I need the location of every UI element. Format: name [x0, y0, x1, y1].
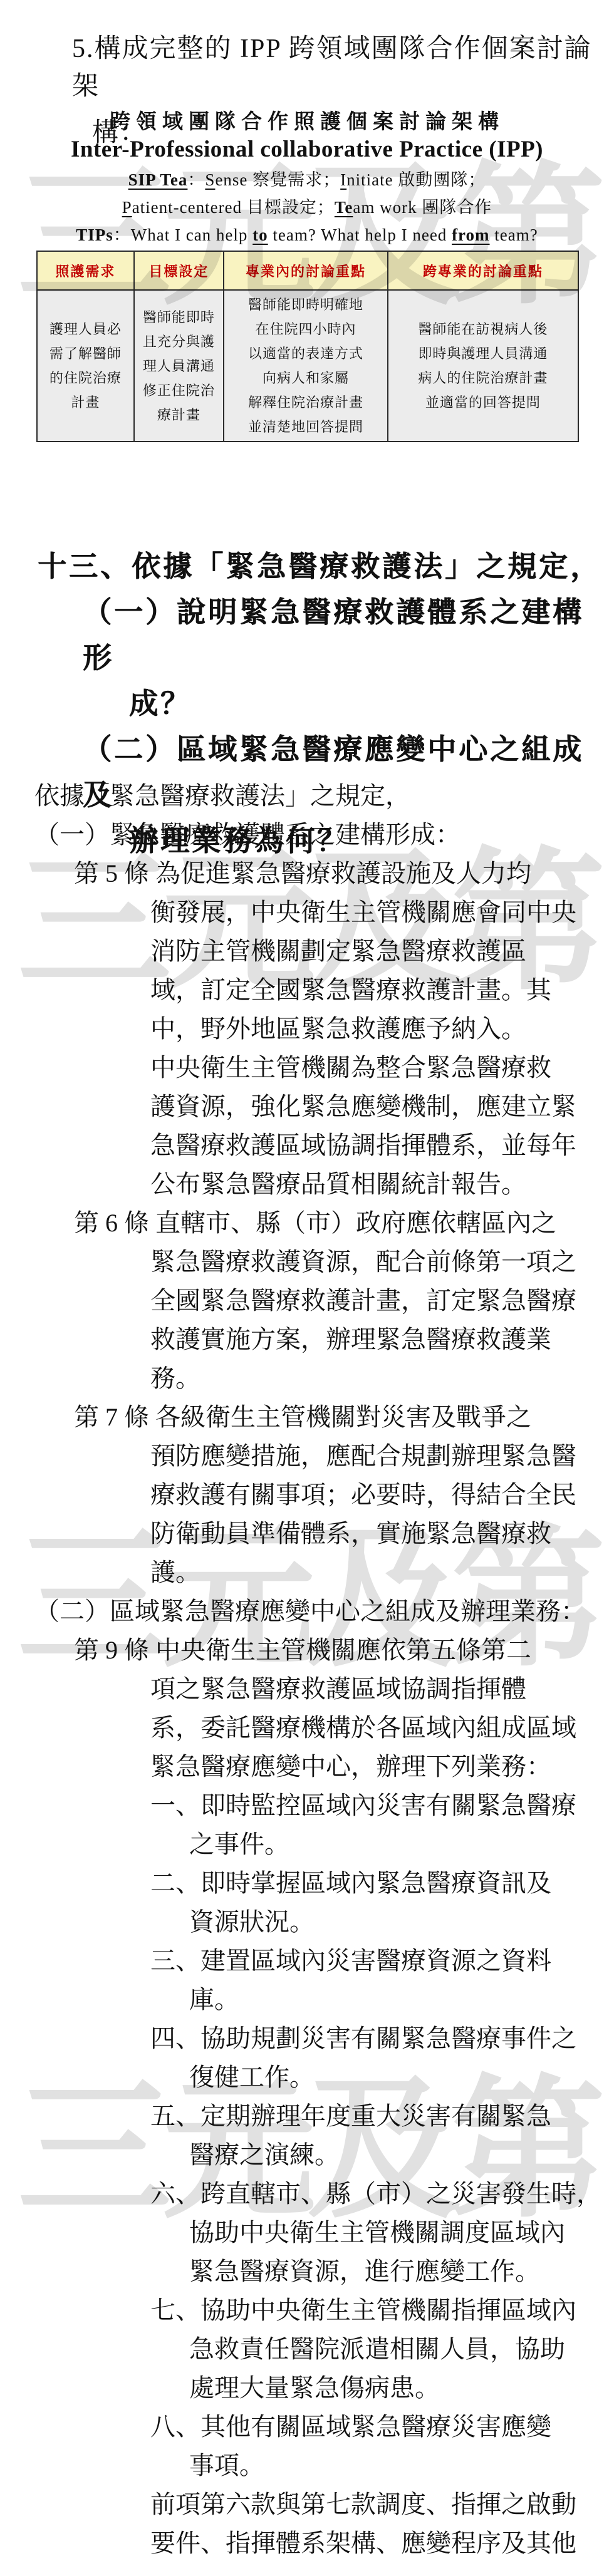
- text-line: 第 5 條 為促進緊急醫療救護設施及人力均: [74, 854, 614, 893]
- text-line: 療救護有關事項；必要時，得結合全民: [150, 1476, 614, 1514]
- text-segment: to: [252, 225, 268, 244]
- text-line: 第 9 條 中央衛生主管機關應依第五條第二: [74, 1631, 614, 1670]
- text-line: （一）說明緊急醫療救護體系之建構形: [83, 589, 614, 681]
- text-line: 資源狀況。: [189, 1903, 614, 1942]
- text-line: 第 6 條 直轄市、縣（市）政府應依轄區內之: [74, 1204, 614, 1243]
- text-line: 第 7 條 各級衛生主管機關對災害及戰爭之: [74, 1398, 614, 1437]
- ipp-framework-block: 跨領域團隊合作照護個案討論架構 Inter-Professional colla…: [0, 105, 614, 270]
- care-discussion-table: 照護需求 目標設定 專業內的討論重點 跨專業的討論重點 護理人員必 需了解醫師 …: [36, 251, 579, 442]
- text-segment: SIP Tea: [128, 170, 188, 189]
- text-line: 緊急醫療救護資源，配合前條第一項之: [150, 1243, 614, 1281]
- ipp-patient-line: Patient-centered 目標設定；Team work 團隊合作: [0, 194, 614, 218]
- text-line: 事項。: [189, 2446, 614, 2485]
- text-line: 全國緊急醫療救護計畫，訂定緊急醫療: [150, 1281, 614, 1320]
- text-line: 處理大量緊急傷病患。: [189, 2369, 614, 2408]
- text-segment: from: [452, 225, 489, 244]
- document-page: 三元及第 三元及第 三元及第 三元及第 5.構成完整的 IPP 跨領域團隊合作個…: [0, 0, 614, 2576]
- text-line: 要件、指揮體系架構、應變程序及其他: [150, 2524, 614, 2563]
- ipp-sip-line: SIP Tea：Sense 察覺需求；Initiate 啟動團隊；: [0, 166, 614, 190]
- text-line: 庫。: [189, 1980, 614, 2019]
- text-line: 六、跨直轄市、縣（市）之災害發生時，: [150, 2175, 614, 2213]
- table-cell-inter-professional: 醫師能在訪視病人後 即時與護理人員溝通 病人的住院治療計畫 並適當的回答提問: [388, 290, 578, 442]
- table-header-goal-setting: 目標設定: [134, 251, 224, 290]
- text-line: 七、協助中央衛生主管機關指揮區域內: [150, 2291, 614, 2330]
- table-cell-care-need: 護理人員必 需了解醫師 的住院治療 計畫: [37, 290, 134, 442]
- text-line: 預防應變措施，應配合規劃辦理緊急醫: [150, 1437, 614, 1476]
- text-segment: team? What help I need: [268, 225, 452, 244]
- text-line: 中，野外地區緊急救護應予納入。: [150, 1010, 614, 1048]
- text-line: 十三、依據「緊急醫療救護法」之規定，: [38, 544, 614, 589]
- text-line: 中央衛生主管機關為整合緊急醫療救: [150, 1048, 614, 1087]
- text-line: （二）區域緊急醫療應變中心之組成及辦理業務：: [34, 1592, 614, 1631]
- ipp-tips-line: TIPs：What I can help to team? What help …: [0, 221, 614, 246]
- text-line: 依據「緊急醫療救護法」之規定，: [34, 777, 614, 815]
- table-header-inter-professional: 跨專業的討論重點: [388, 251, 578, 290]
- text-segment: ense 察覺需求；: [215, 170, 340, 189]
- text-line: 域，訂定全國緊急醫療救護計畫。其: [150, 971, 614, 1010]
- text-line: 消防主管機關劃定緊急醫療救護區: [150, 932, 614, 971]
- text-segment: atient-centered 目標設定；: [132, 198, 335, 217]
- text-line: 五、定期辦理年度重大災害有關緊急: [150, 2097, 614, 2136]
- text-line: 之事件。: [189, 1825, 614, 1864]
- text-line: 前項第六款與第七款調度、指揮之啟動: [150, 2485, 614, 2524]
- law-body-text: 依據「緊急醫療救護法」之規定，（一）緊急醫療救護體系之建構形成：第 5 條 為促…: [0, 777, 614, 2563]
- text-line: 緊急醫療資源，進行應變工作。: [189, 2252, 614, 2291]
- text-line: 衡發展，中央衛生主管機關應會同中央: [150, 893, 614, 932]
- text-line: 護資源，強化緊急應變機制，應建立緊: [150, 1087, 614, 1126]
- ipp-title-en: Inter-Professional collaborative Practic…: [0, 136, 614, 163]
- text-line: 護。: [150, 1553, 614, 1592]
- text-segment: Te: [335, 198, 353, 217]
- table-cell-intra-professional: 醫師能即時明確地 在住院四小時內 以適當的表達方式 向病人和家屬 解釋住院治療計…: [224, 290, 388, 442]
- question-5-line1: 5.構成完整的 IPP 跨領域團隊合作個案討論架: [72, 28, 614, 103]
- text-line: 協助中央衛生主管機關調度區域內: [189, 2213, 614, 2252]
- table-header-intra-professional: 專業內的討論重點: [224, 251, 388, 290]
- text-line: 醫療之演練。: [189, 2136, 614, 2175]
- text-segment: ：: [187, 170, 205, 189]
- text-segment: S: [205, 170, 215, 189]
- table-body-row: 護理人員必 需了解醫師 的住院治療 計畫 醫師能即時 且充分與護 理人員溝通 修…: [37, 290, 578, 442]
- text-line: 救護實施方案，辦理緊急醫療救護業: [150, 1320, 614, 1359]
- text-line: 公布緊急醫療品質相關統計報告。: [150, 1165, 614, 1204]
- text-line: 務。: [150, 1359, 614, 1398]
- text-line: 系，委託醫療機構於各區域內組成區域: [150, 1709, 614, 1747]
- text-segment: am work 團隊合作: [353, 198, 492, 217]
- ipp-title-zh: 跨領域團隊合作照護個案討論架構: [0, 105, 614, 135]
- text-line: 急救責任醫院派遣相關人員，協助: [189, 2330, 614, 2369]
- text-line: 成？: [129, 681, 614, 727]
- text-line: 三、建置區域內災害醫療資源之資料: [150, 1942, 614, 1980]
- text-line: 二、即時掌握區域內緊急醫療資訊及: [150, 1864, 614, 1903]
- table-header-row: 照護需求 目標設定 專業內的討論重點 跨專業的討論重點: [37, 251, 578, 290]
- table-cell-goal-setting: 醫師能即時 且充分與護 理人員溝通 修正住院治 療計畫: [134, 290, 224, 442]
- text-line: 防衛動員準備體系，實施緊急醫療救: [150, 1514, 614, 1553]
- care-discussion-table-wrap: 照護需求 目標設定 專業內的討論重點 跨專業的討論重點 護理人員必 需了解醫師 …: [36, 251, 579, 442]
- table-header-care-need: 照護需求: [37, 251, 134, 290]
- text-line: 急醫療救護區域協調指揮體系，並每年: [150, 1126, 614, 1165]
- text-line: （一）緊急醫療救護體系之建構形成：: [34, 815, 614, 854]
- text-line: 四、協助規劃災害有關緊急醫療事件之: [150, 2019, 614, 2058]
- text-segment: TIPs: [76, 225, 113, 244]
- text-segment: P: [122, 198, 132, 217]
- text-segment: team?: [490, 225, 538, 244]
- text-line: 項之緊急醫療救護區域協調指揮體: [150, 1670, 614, 1709]
- text-line: 緊急醫療應變中心，辦理下列業務：: [150, 1747, 614, 1786]
- text-line: 八、其他有關區域緊急醫療災害應變: [150, 2408, 614, 2446]
- text-line: 一、即時監控區域內災害有關緊急醫療: [150, 1786, 614, 1825]
- text-segment: I: [340, 170, 346, 189]
- text-segment: nitiate 啟動團隊；: [346, 170, 486, 189]
- text-line: 復健工作。: [189, 2058, 614, 2097]
- text-segment: ：What I can help: [113, 225, 252, 244]
